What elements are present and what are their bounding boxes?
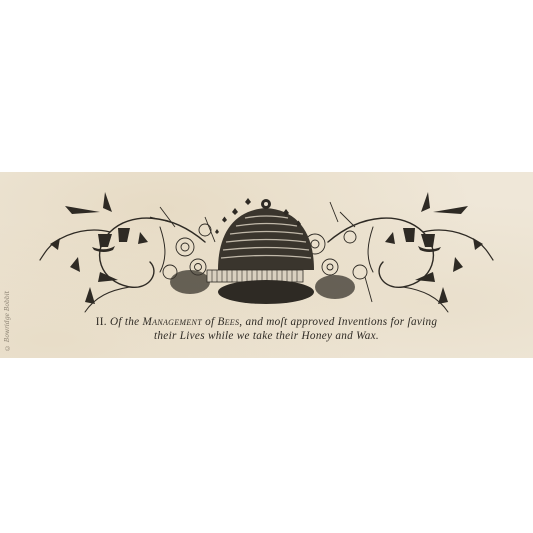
caption-smallcaps: Management xyxy=(143,316,202,328)
caption-line-2: their Lives while we take their Honey an… xyxy=(0,330,533,342)
caption-text: of xyxy=(205,316,214,328)
beehive-icon xyxy=(207,199,314,304)
chapter-numeral: II. xyxy=(96,316,107,328)
caption-smallcaps: Bees xyxy=(217,316,239,328)
caption-text: Of the xyxy=(110,316,139,328)
caption-text: , and moſt approved Inventions for ſavin… xyxy=(239,316,437,328)
caption-line-1: II. Of the Management of Bees, and moſt … xyxy=(0,316,533,328)
beehive-engraving xyxy=(0,172,533,322)
flower-cluster-left xyxy=(150,207,215,279)
